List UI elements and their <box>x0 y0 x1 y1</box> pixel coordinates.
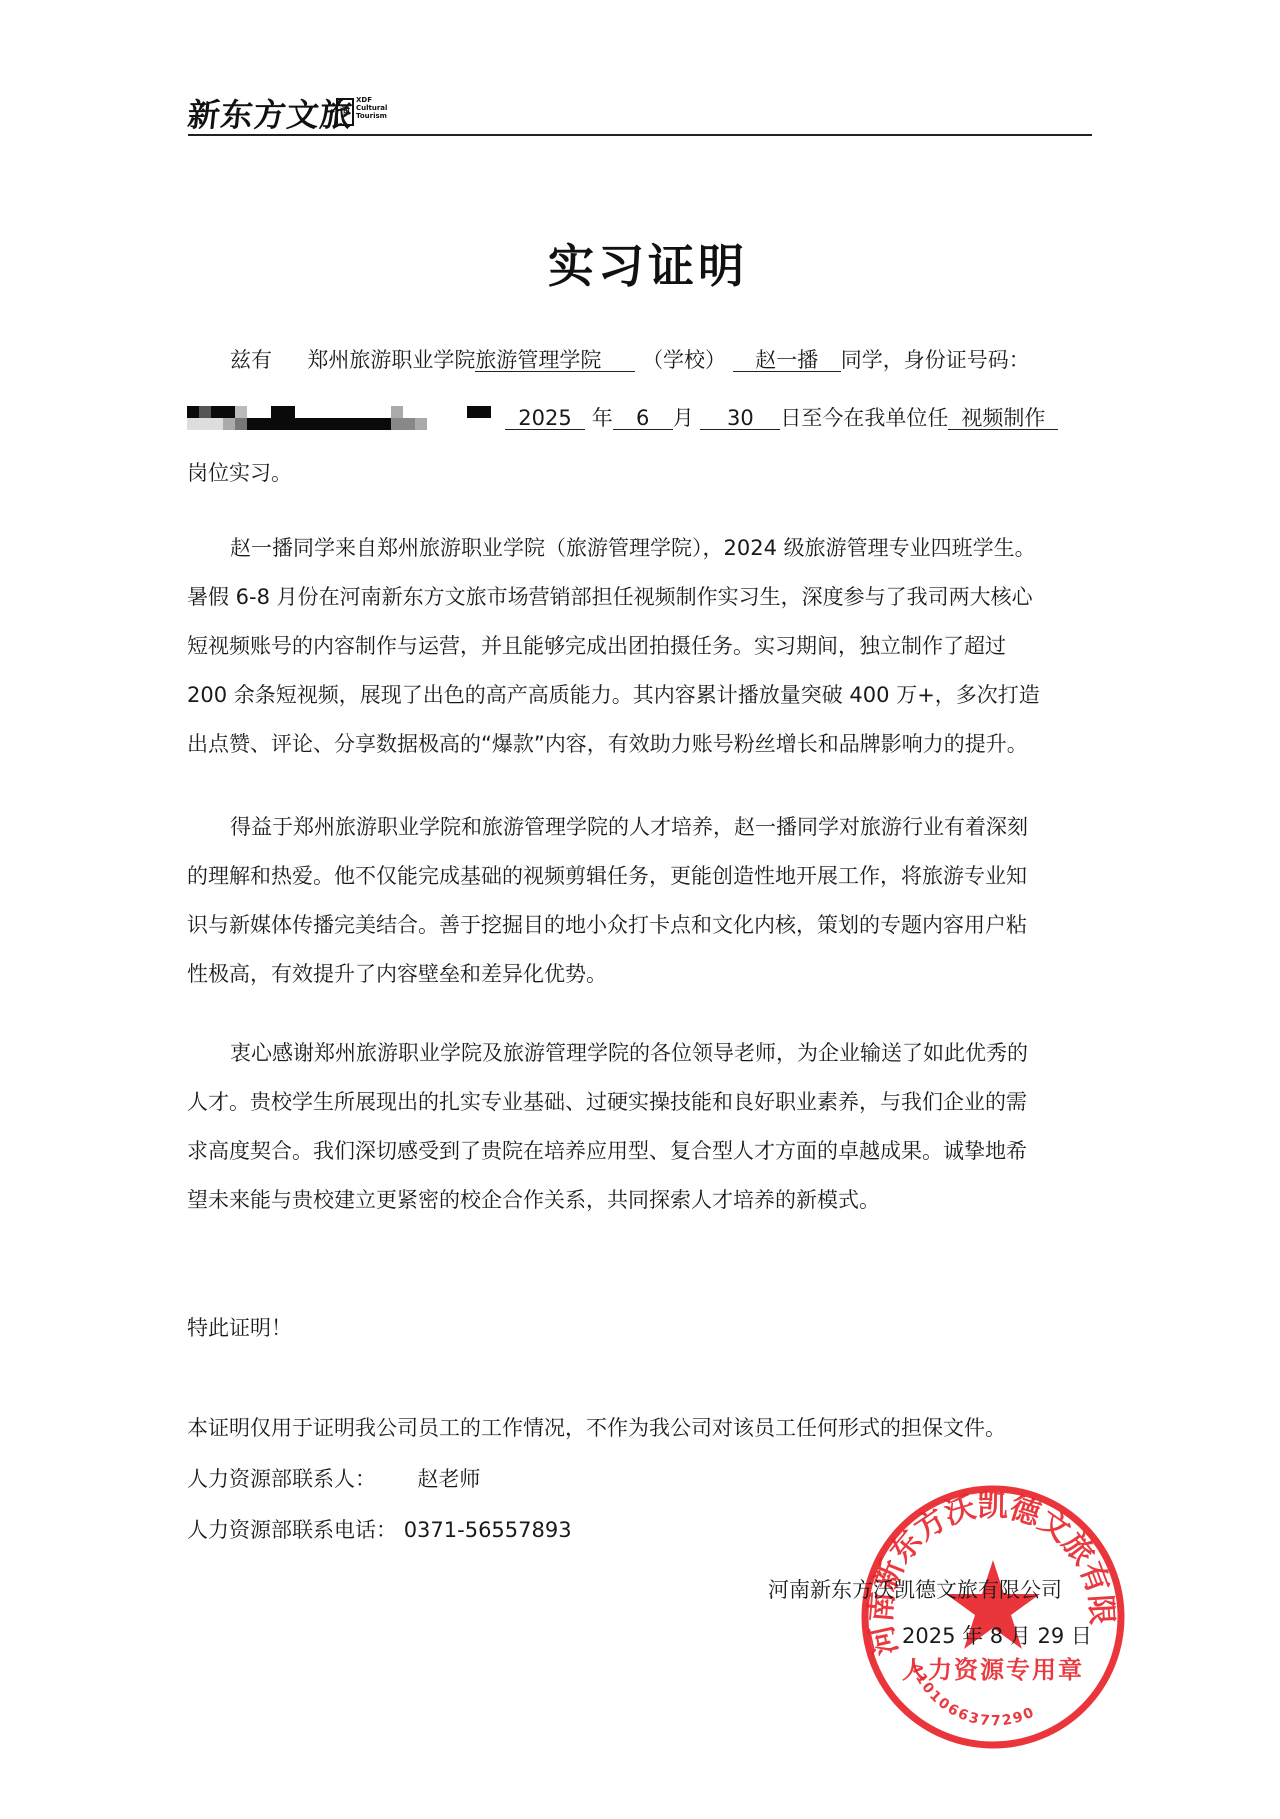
intro-line-3: 岗位实习。 <box>187 461 292 485</box>
contact-person-row: 人力资源部联系人： 赵老师 <box>187 1467 480 1491</box>
start-month: 6 <box>613 407 673 430</box>
para2-line: 得益于郑州旅游职业学院和旅游管理学院的人才培养，赵一播同学对旅游行业有着深刻 <box>230 815 1028 839</box>
contact-phone-label: 人力资源部联系电话： <box>187 1518 397 1542</box>
para1-line: 短视频账号的内容制作与运营，并且能够完成出团拍摄任务。实习期间，独立制作了超过 <box>187 634 1006 658</box>
company-signature: 河南新东方沃凯德文旅有限公司 <box>768 1574 1062 1604</box>
para3-line: 望未来能与贵校建立更紧密的校企合作关系，共同探索人才培养的新模式。 <box>187 1188 880 1212</box>
college-name: 旅游管理学院 <box>475 349 635 372</box>
redacted-id-number <box>187 406 437 432</box>
contact-phone-row: 人力资源部联系电话： 0371-56557893 <box>187 1518 572 1542</box>
para3-line: 人才。贵校学生所展现出的扎实专业基础、过硬实操技能和良好职业素养，与我们企业的需 <box>187 1090 1027 1114</box>
start-year: 2025 <box>505 407 585 430</box>
para1-line: 暑假 6-8 月份在河南新东方文旅市场营销部担任视频制作实习生，深度参与了我司两… <box>187 585 1033 609</box>
logo-seal-icon: 渔 <box>336 98 354 126</box>
redacted-id-tail <box>467 406 491 420</box>
logo-english-text: XDF Cultural Tourism <box>356 96 387 120</box>
signature-date: 2025 年 8 月 29 日 <box>902 1620 1092 1650</box>
document-page: 新东方文旅 渔 XDF Cultural Tourism 实习证明 兹有 郑州旅… <box>0 0 1280 1819</box>
para2-line: 的理解和热爱。他不仅能完成基础的视频剪辑任务，更能创造性地开展工作，将旅游专业知 <box>187 864 1027 888</box>
letterhead: 新东方文旅 渔 XDF Cultural Tourism <box>188 90 1092 138</box>
header-divider <box>188 134 1092 136</box>
position-title: 视频制作 <box>948 407 1058 430</box>
contact-phone: 0371-56557893 <box>404 1518 572 1542</box>
para1-line: 赵一播同学来自郑州旅游职业学院（旅游管理学院），2024 级旅游管理专业四班学生… <box>230 536 1036 560</box>
school-name: 郑州旅游职业学院 <box>307 348 475 372</box>
start-day: 30 <box>700 407 780 430</box>
seal-graphic: 河南新东方沃凯德文旅有限公司 人力资源专用章 4101066377290 <box>858 1482 1128 1752</box>
intro-line-1: 兹有 郑州旅游职业学院旅游管理学院 （学校） 赵一播同学，身份证号码： <box>230 348 1030 372</box>
para1-line: 200 余条短视频，展现了出色的高产高质能力。其内容累计播放量突破 400 万+… <box>187 683 1040 707</box>
para2-line: 识与新媒体传播完美结合。善于挖掘目的地小众打卡点和文化内核，策划的专题内容用户粘 <box>187 913 1027 937</box>
para3-line: 求高度契合。我们深切感受到了贵院在培养应用型、复合型人才方面的卓越成果。诚挚地希 <box>187 1139 1027 1163</box>
para2-line: 性极高，有效提升了内容壁垒和差异化优势。 <box>187 962 607 986</box>
para1-line: 出点赞、评论、分享数据极高的“爆款”内容，有效助力账号粉丝增长和品牌影响力的提升… <box>187 732 1028 756</box>
company-logo-text: 新东方文旅 <box>186 90 356 136</box>
contact-person: 赵老师 <box>417 1467 480 1491</box>
official-seal: 河南新东方沃凯德文旅有限公司 人力资源专用章 4101066377290 <box>858 1482 1128 1752</box>
student-name: 赵一播 <box>733 349 841 372</box>
intro-line-2: 2025 年6月 30日至今在我单位任视频制作 <box>505 406 1058 430</box>
document-title: 实习证明 <box>0 230 1280 296</box>
para3-line: 衷心感谢郑州旅游职业学院及旅游管理学院的各位领导老师，为企业输送了如此优秀的 <box>230 1041 1028 1065</box>
closing-statement: 特此证明！ <box>187 1316 292 1340</box>
disclaimer: 本证明仅用于证明我公司员工的工作情况，不作为我公司对该员工任何形式的担保文件。 <box>187 1416 1006 1440</box>
contact-person-label: 人力资源部联系人： <box>187 1467 376 1491</box>
